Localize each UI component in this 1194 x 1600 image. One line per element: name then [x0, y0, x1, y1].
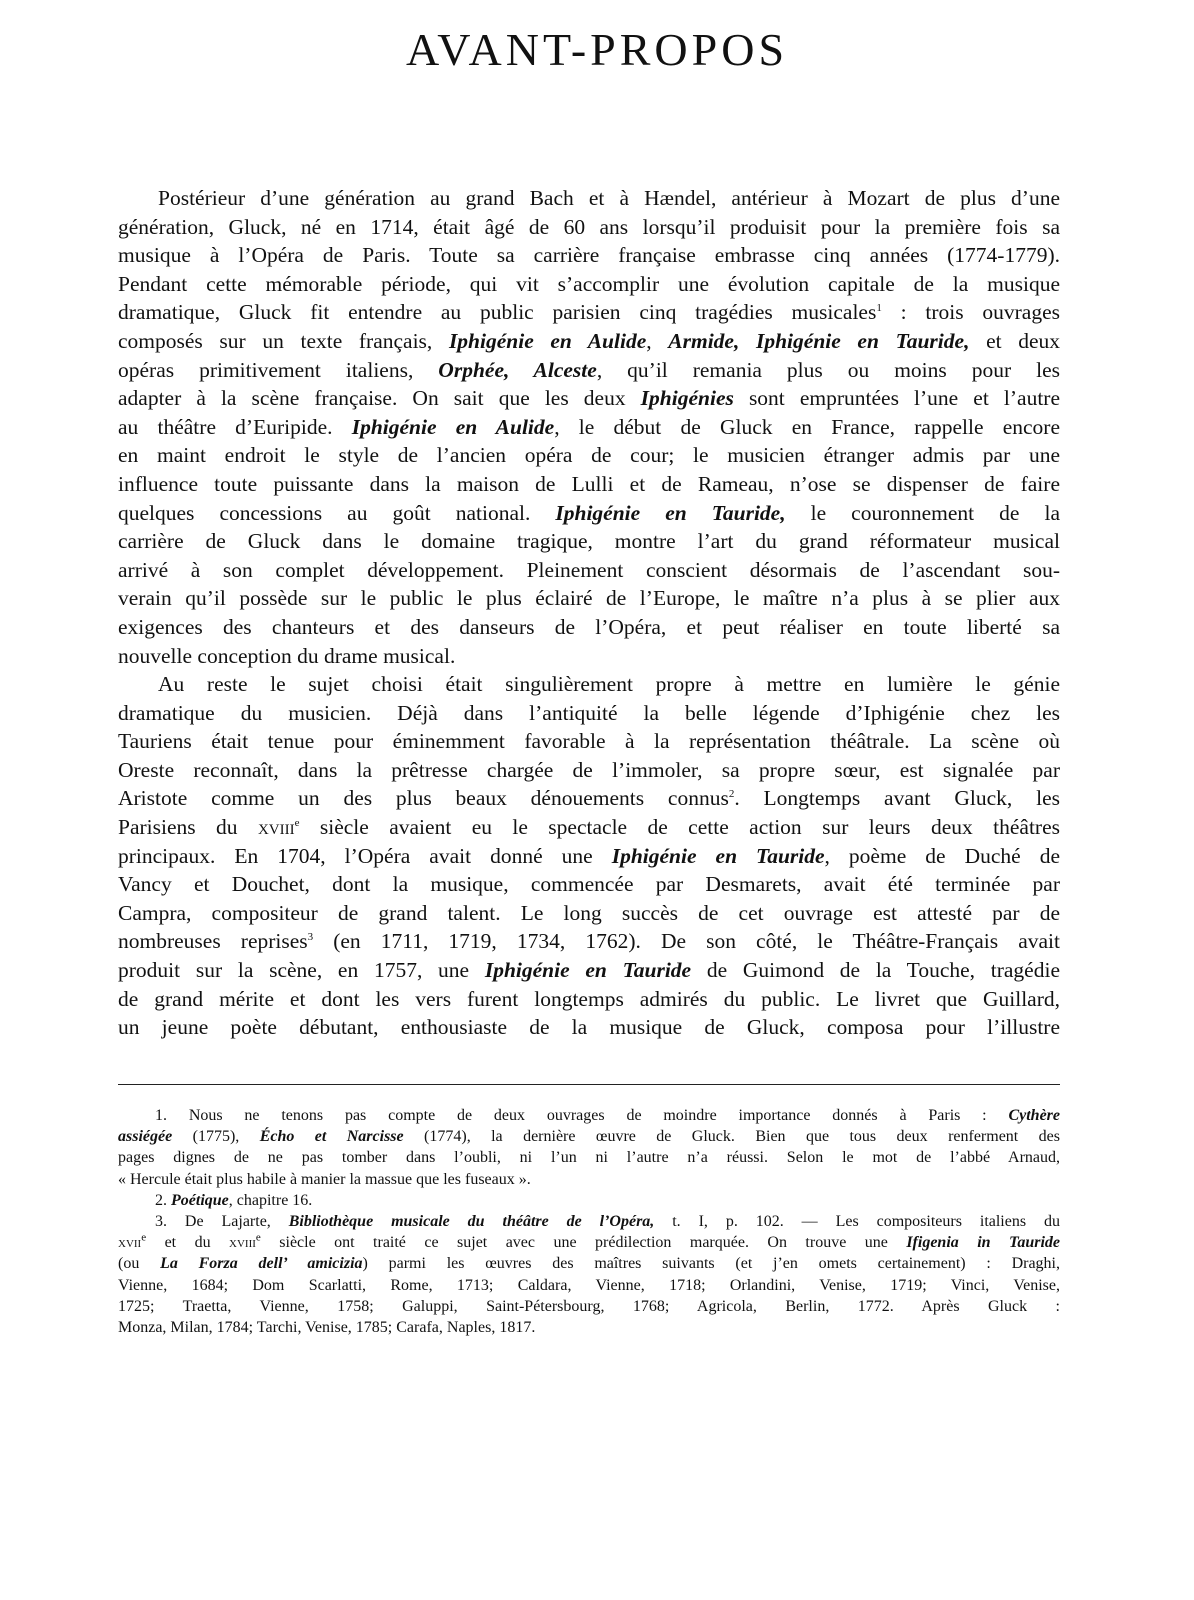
- text-line: génération, Gluck, né en 1714, était âgé…: [118, 213, 1060, 242]
- text-line: Aristote comme un des plus beaux dénouem…: [118, 784, 1060, 813]
- footnote-line: assiégée (1775), Écho et Narcisse (1774)…: [118, 1126, 1060, 1147]
- footnote-line: « Hercule était plus habile à manier la …: [118, 1169, 1060, 1190]
- text-line: Postérieur d’une génération au grand Bac…: [118, 184, 1060, 213]
- text-line: Campra, compositeur de grand talent. Le …: [118, 899, 1060, 928]
- text-line: Tauriens était tenue pour éminemment fav…: [118, 727, 1060, 756]
- text-line: Vancy et Douchet, dont la musique, comme…: [118, 870, 1060, 899]
- footnote-line: 1725; Traetta, Vienne, 1758; Galuppi, Sa…: [118, 1296, 1060, 1317]
- text-line: dramatique du musicien. Déjà dans l’anti…: [118, 699, 1060, 728]
- text-line: principaux. En 1704, l’Opéra avait donné…: [118, 842, 1060, 871]
- text-line: Au reste le sujet choisi était singulièr…: [118, 670, 1060, 699]
- footnote-line: 3. De Lajarte, Bibliothèque musicale du …: [118, 1211, 1060, 1232]
- text-line: Pendant cette mémorable période, qui vit…: [118, 270, 1060, 299]
- text-line: musique à l’Opéra de Paris. Toute sa car…: [118, 241, 1060, 270]
- text-line: verain qu’il possède sur le public le pl…: [118, 584, 1060, 613]
- text-line: Parisiens du xviiie siècle avaient eu le…: [118, 813, 1060, 842]
- footnote-line: 1. Nous ne tenons pas compte de deux ouv…: [118, 1105, 1060, 1126]
- text-line: adapter à la scène française. On sait qu…: [118, 384, 1060, 413]
- paragraph-2: Au reste le sujet choisi était singulièr…: [118, 670, 1060, 1042]
- footnote-number: 1.: [155, 1107, 167, 1124]
- main-text: Postérieur d’une génération au grand Bac…: [118, 184, 1060, 1042]
- footnote-number: 3.: [155, 1213, 167, 1230]
- text-line: opéras primitivement italiens, Orphée, A…: [118, 356, 1060, 385]
- text-line: composés sur un texte français, Iphigéni…: [118, 327, 1060, 356]
- text-line: nombreuses reprises3 (en 1711, 1719, 173…: [118, 927, 1060, 956]
- footnotes: 1. Nous ne tenons pas compte de deux ouv…: [118, 1105, 1060, 1338]
- text-line: de grand mérite et dont les vers furent …: [118, 985, 1060, 1014]
- text-line: arrivé à son complet développement. Plei…: [118, 556, 1060, 585]
- text-line: nouvelle conception du drame musical.: [118, 642, 1060, 671]
- text-line: carrière de Gluck dans le domaine tragiq…: [118, 527, 1060, 556]
- text-line: produit sur la scène, en 1757, une Iphig…: [118, 956, 1060, 985]
- footnote-3: 3. De Lajarte, Bibliothèque musicale du …: [118, 1211, 1060, 1338]
- footnote-line: Vienne, 1684; Dom Scarlatti, Rome, 1713;…: [118, 1275, 1060, 1296]
- page-title: AVANT-PROPOS: [0, 22, 1194, 78]
- text-line: en maint endroit le style de l’ancien op…: [118, 441, 1060, 470]
- footnote-separator: [118, 1084, 1060, 1085]
- text-line: influence toute puissante dans la maison…: [118, 470, 1060, 499]
- text-line: au théâtre d’Euripide. Iphigénie en Auli…: [118, 413, 1060, 442]
- text-line: un jeune poète débutant, enthousiaste de…: [118, 1013, 1060, 1042]
- footnote-number: 2.: [155, 1192, 167, 1209]
- text-line: quelques concessions au goût national. I…: [118, 499, 1060, 528]
- footnote-line: Monza, Milan, 1784; Tarchi, Venise, 1785…: [118, 1317, 1060, 1338]
- paragraph-1: Postérieur d’une génération au grand Bac…: [118, 184, 1060, 670]
- footnote-line: (ou La Forza dell’ amicizia) parmi les œ…: [118, 1253, 1060, 1274]
- footnote-2: 2. Poétique, chapitre 16.: [118, 1190, 1060, 1211]
- footnote-1: 1. Nous ne tenons pas compte de deux ouv…: [118, 1105, 1060, 1190]
- text-line: dramatique, Gluck fit entendre au public…: [118, 298, 1060, 327]
- text-line: exigences des chanteurs et des danseurs …: [118, 613, 1060, 642]
- footnote-line: 2. Poétique, chapitre 16.: [118, 1190, 1060, 1211]
- text-line: Oreste reconnaît, dans la prêtresse char…: [118, 756, 1060, 785]
- footnote-line: pages dignes de ne pas tomber dans l’oub…: [118, 1147, 1060, 1168]
- footnote-line: xviie et du xviiie siècle ont traité ce …: [118, 1232, 1060, 1253]
